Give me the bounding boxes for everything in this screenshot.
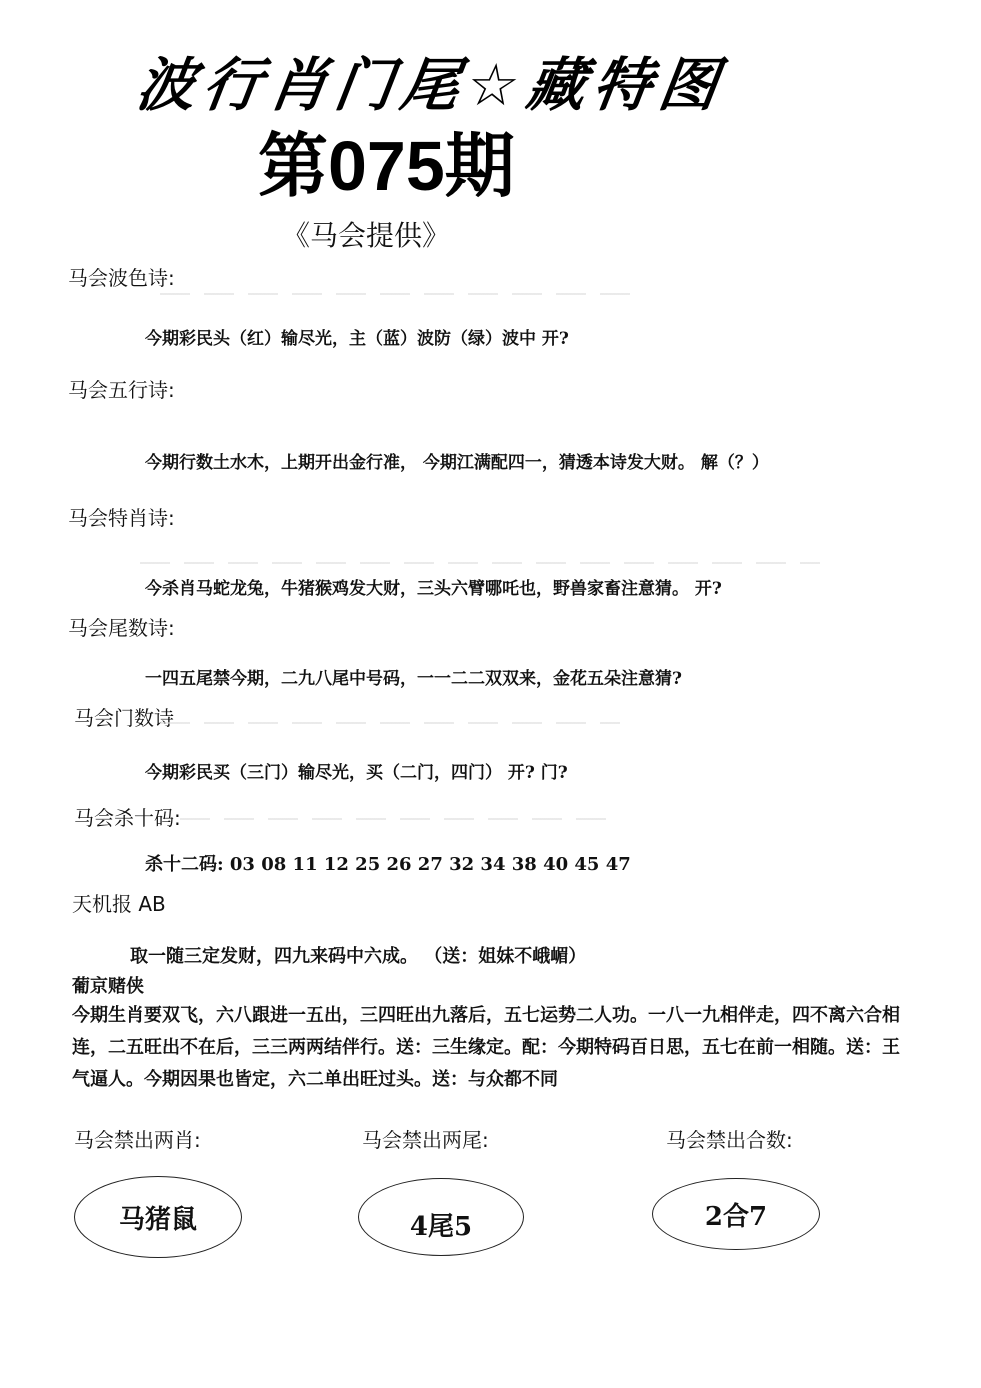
ban-oval-tail: 4尾5 xyxy=(358,1178,524,1256)
section-label-gate-number: 马会门数诗 xyxy=(74,702,174,731)
faint-line xyxy=(180,818,620,820)
section-label-five-elements: 马会五行诗: xyxy=(68,374,175,403)
issue-number: 第075期 xyxy=(258,110,515,211)
section-label-tianji: 天机报 AB xyxy=(72,888,166,917)
ban-oval-sum: 2合7 xyxy=(652,1178,820,1250)
verse-tail-number: 一四五尾禁今期，二九八尾中号码，一一二二双双来，金花五朵注意猜? xyxy=(145,664,682,689)
gambler-paragraph: 今期生肖要双飞，六八跟进一五出，三四旺出九落后，五七运势二人功。一八一九相伴走，… xyxy=(72,1000,912,1096)
verse-kill-twelve: 杀十二码: 03 08 11 12 25 26 27 32 34 38 40 4… xyxy=(145,850,631,876)
faint-line xyxy=(160,293,630,295)
verse-zodiac: 今杀肖马蛇龙兔，牛猪猴鸡发大财，三头六臂哪吒也，野兽家畜注意猜。 开? xyxy=(145,574,722,599)
verse-tianji: 取一随三定发财，四九来码中六成。 （送：姐妹不峨嵋） xyxy=(130,942,586,968)
section-label-tail-number: 马会尾数诗: xyxy=(68,612,175,641)
ban-oval-zodiac: 马猪鼠 xyxy=(74,1176,242,1258)
section-label-gambler: 葡京赌侠 xyxy=(72,972,144,998)
ban-value-tail: 4尾5 xyxy=(410,1206,472,1243)
verse-wave-color: 今期彩民头（红）输尽光，主（蓝）波防（绿）波中 开? xyxy=(145,324,569,349)
verse-five-elements: 今期行数土水木，上期开出金行准， 今期江满配四一，猜透本诗发大财。 解（？） xyxy=(145,448,769,473)
verse-gate-number: 今期彩民买（三门）输尽光，买（二门，四门） 开? 门? xyxy=(145,758,568,783)
ban-value-sum: 2合7 xyxy=(705,1196,767,1233)
section-label-wave-color: 马会波色诗: xyxy=(68,262,175,291)
faint-line xyxy=(140,562,820,564)
ban-label-zodiac: 马会禁出两肖: xyxy=(74,1124,201,1153)
ban-label-tail: 马会禁出两尾: xyxy=(362,1124,489,1153)
provider-label: 《马会提供》 xyxy=(282,214,450,254)
section-label-zodiac: 马会特肖诗: xyxy=(68,502,175,531)
faint-line xyxy=(160,722,620,724)
section-label-kill-ten: 马会杀十码: xyxy=(74,802,181,831)
ban-label-sum: 马会禁出合数: xyxy=(666,1124,793,1153)
ban-value-zodiac: 马猪鼠 xyxy=(119,1199,197,1236)
